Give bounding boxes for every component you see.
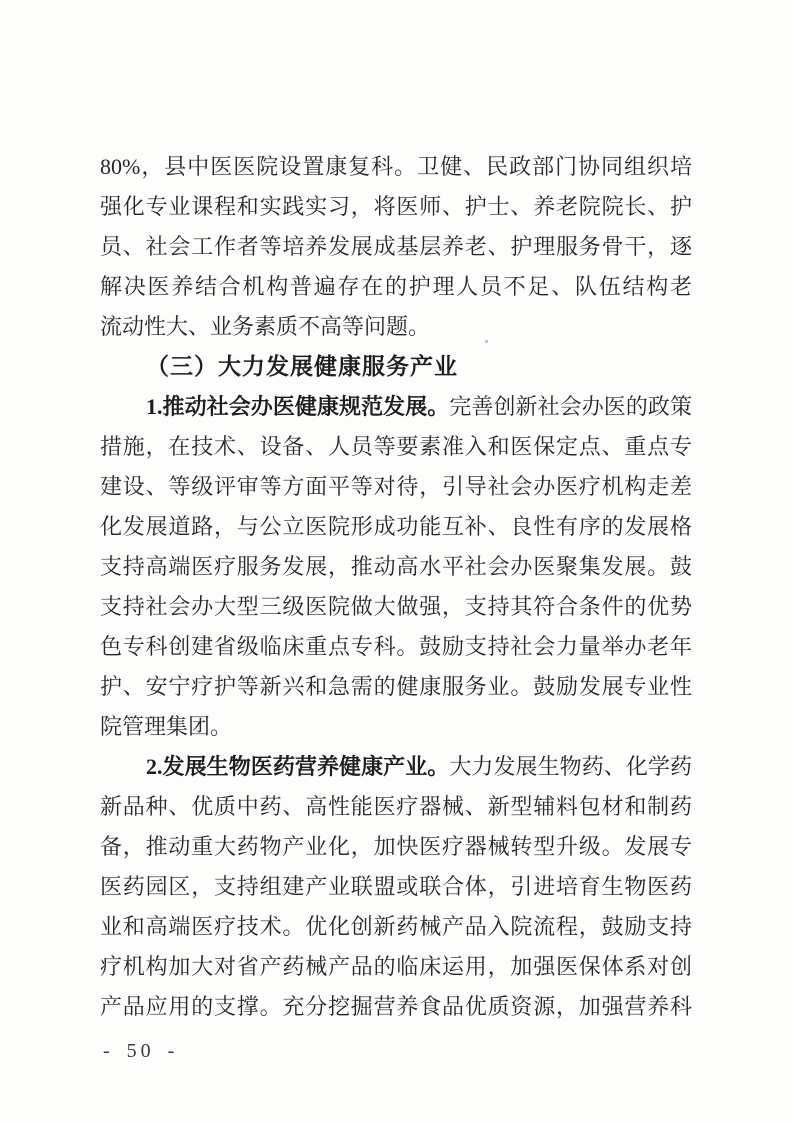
paragraph-lead: 2.发展生物医药营养健康产业。: [146, 754, 449, 779]
document-body: 80%，县中医医院设置康复科。卫健、民政部门协同组织培训， 强化专业课程和实践实…: [100, 147, 692, 1027]
text-line: 产品应用的支撑。充分挖掘营养食品优质资源，加强营养科普: [100, 987, 692, 1027]
text-line: 支持社会办大型三级医院做大做强，支持其符合条件的优势特: [100, 587, 692, 627]
section-heading: （三）大力发展健康服务产业: [146, 354, 458, 379]
text-line: 护、安宁疗护等新兴和急需的健康服务业。鼓励发展专业性医: [100, 667, 692, 707]
page-number: - 50 -: [103, 1036, 178, 1066]
paragraph-lead-line: 1.推动社会办医健康规范发展。完善创新社会办医的政策: [100, 387, 692, 427]
text-line: 疗机构加大对省产药械产品的临床运用，加强医保体系对创新: [100, 947, 692, 987]
scan-noise-speck: [485, 340, 488, 343]
text-line: 新品种、优质中药、高性能医疗器械、新型辅料包材和制药设: [100, 787, 692, 827]
text-line: 化发展道路，与公立医院形成功能互补、良性有序的发展格局。: [100, 507, 692, 547]
text-line: 色专科创建省级临床重点专科。鼓励支持社会力量举办老年照: [100, 627, 692, 667]
text-line: 措施，在技术、设备、人员等要素准入和医保定点、重点专科: [100, 427, 692, 467]
text-line: 院管理集团。: [100, 707, 692, 747]
text-line: 80%，县中医医院设置康复科。卫健、民政部门协同组织培训，: [100, 147, 692, 187]
section-heading-line: （三）大力发展健康服务产业: [100, 347, 692, 387]
text-line: 备，推动重大药物产业化，加快医疗器械转型升级。发展专业: [100, 827, 692, 867]
text-line: 业和高端医疗技术。优化创新药械产品入院流程，鼓励支持医: [100, 907, 692, 947]
text-line: 医药园区，支持组建产业联盟或联合体，引进培育生物医药产: [100, 867, 692, 907]
paragraph-lead-rest: 大力发展生物药、化学药: [449, 754, 692, 779]
paragraph-lead-rest: 完善创新社会办医的政策: [449, 394, 692, 419]
paragraph-lead-line: 2.发展生物医药营养健康产业。大力发展生物药、化学药: [100, 747, 692, 787]
document-page: 80%，县中医医院设置康复科。卫健、民政部门协同组织培训， 强化专业课程和实践实…: [0, 0, 793, 1122]
text-line: 强化专业课程和实践实习，将医师、护士、养老院院长、护理: [100, 187, 692, 227]
text-line: 员、社会工作者等培养发展成基层养老、护理服务骨干，逐步: [100, 227, 692, 267]
text-line: 支持高端医疗服务发展，推动高水平社会办医聚集发展。鼓励: [100, 547, 692, 587]
text-line: 建设、等级评审等方面平等对待，引导社会办医疗机构走差异: [100, 467, 692, 507]
paragraph-lead: 1.推动社会办医健康规范发展。: [146, 394, 449, 419]
text-line: 解决医养结合机构普遍存在的护理人员不足、队伍结构老化、: [100, 267, 692, 307]
text-line: 流动性大、业务素质不高等问题。: [100, 307, 692, 347]
